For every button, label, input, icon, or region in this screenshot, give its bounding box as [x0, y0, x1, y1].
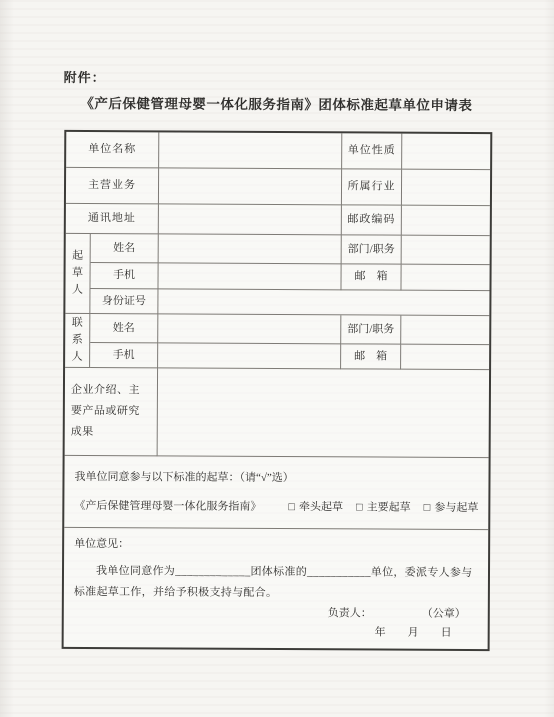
main-business-label: 主营业务 [66, 168, 159, 204]
participation-prompt: 我单位同意参与以下标准的起草：（请“√”选） [74, 469, 478, 488]
official-seal-label: （公章） [422, 606, 466, 623]
company-intro-value [158, 368, 489, 458]
form-sheet: 附件： 《产后保健管理母婴一体化服务指南》团体标准起草单位申请表 单位名称 单位… [0, 0, 554, 717]
participation-section: 我单位同意参与以下标准的起草：（请“√”选） 《产后保健管理母婴一体化服务指南》… [64, 456, 488, 530]
unit-nature-label: 单位性质 [342, 133, 402, 169]
drafter-name-value [159, 234, 342, 264]
checkbox-icon: □ [288, 501, 295, 513]
main-business-value [159, 168, 342, 205]
drafter-email-value [401, 265, 489, 291]
postal-code-label: 邮政编码 [342, 205, 402, 235]
attachment-label: 附件： [64, 67, 106, 86]
opinion-body: 我单位同意作为_____________团体标准的___________单位，委… [74, 560, 478, 605]
drafter-id-value [158, 289, 489, 316]
checkbox-icon: □ [424, 501, 431, 513]
drafter-dept-label: 部门/职务 [342, 235, 402, 264]
contact-dept-value [401, 316, 489, 345]
address-value [159, 204, 342, 235]
industry-value [402, 170, 490, 206]
date-line: 年 月 日 [74, 622, 478, 641]
page-title: 《产后保健管理母婴一体化服务指南》团体标准起草单位申请表 [0, 92, 554, 115]
contact-mobile-value [158, 343, 341, 369]
checkbox-icon: □ [356, 501, 363, 513]
standard-name: 《产后保健管理母婴一体化服务指南》 [74, 497, 261, 514]
application-table: 单位名称 单位性质 主营业务 所属行业 通讯地址 邮政编码 起草人 姓名 部门/… [62, 130, 493, 651]
contact-mobile-label: 手机 [90, 343, 158, 368]
company-intro-label: 企业介绍、主要产品或研究成果 [65, 368, 158, 456]
drafter-name-label: 姓名 [91, 234, 159, 263]
contact-dept-label: 部门/职务 [341, 315, 401, 344]
contact-name-label: 姓名 [90, 314, 158, 343]
postal-code-value [402, 206, 490, 236]
unit-name-value [159, 132, 342, 169]
signer-row: 负责人： （公章） [74, 604, 478, 623]
option-participate-draft: □参与起草 [424, 499, 479, 516]
contact-group-label: 联系人 [65, 314, 90, 368]
option-label: 主要起草 [367, 501, 411, 513]
option-main-draft: □主要起草 [356, 499, 411, 516]
responsible-person-label: 负责人： [328, 605, 372, 622]
contact-email-value [401, 345, 489, 370]
opinion-heading: 单位意见： [74, 536, 478, 555]
drafter-id-label: 身份证号 [90, 289, 158, 314]
participation-options: □牵头起草 □主要起草 □参与起草 [288, 499, 478, 516]
unit-nature-value [402, 134, 490, 170]
unit-name-label: 单位名称 [66, 132, 159, 168]
industry-label: 所属行业 [342, 169, 402, 205]
option-lead-draft: □牵头起草 [288, 499, 343, 516]
contact-email-label: 邮 箱 [341, 344, 401, 369]
option-label: 牵头起草 [299, 501, 343, 513]
scanned-form-page: 附件： 《产后保健管理母婴一体化服务指南》团体标准起草单位申请表 单位名称 单位… [0, 0, 554, 717]
drafter-mobile-value [158, 263, 341, 290]
contact-name-value [158, 314, 341, 344]
address-label: 通讯地址 [66, 204, 159, 234]
drafter-email-label: 邮 箱 [341, 264, 401, 290]
drafter-group-label: 起草人 [65, 234, 90, 314]
drafter-mobile-label: 手机 [90, 263, 158, 289]
option-label: 参与起草 [434, 501, 478, 513]
drafter-dept-value [402, 236, 490, 265]
unit-opinion-section: 单位意见： 我单位同意作为_____________团体标准的_________… [64, 528, 489, 649]
